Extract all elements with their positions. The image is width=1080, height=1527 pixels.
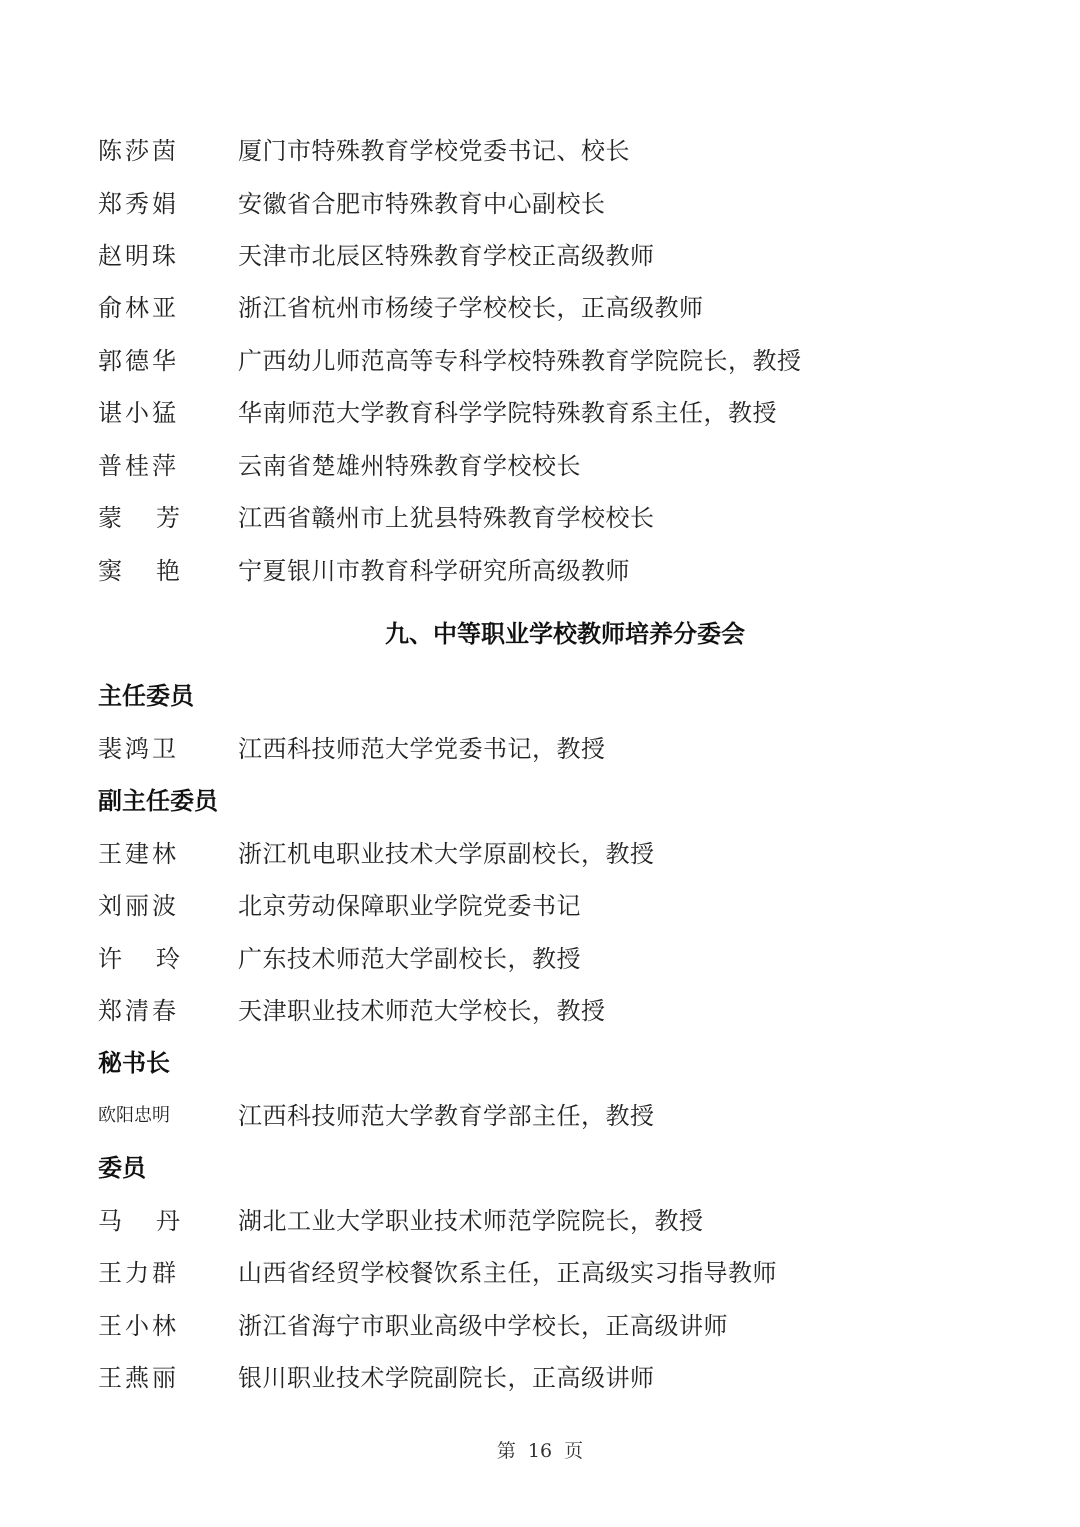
member-row: 王建林 浙江机电职业技术大学原副校长，教授	[98, 834, 655, 874]
member-title: 江西科技师范大学党委书记，教授	[238, 729, 606, 769]
chair-heading: 主任委员	[98, 676, 194, 716]
member-row: 俞林亚 浙江省杭州市杨绫子学校校长，正高级教师	[98, 288, 704, 328]
member-name-char: 芳	[156, 498, 180, 538]
members-heading: 委员	[98, 1148, 146, 1188]
member-name: 王力群	[98, 1253, 238, 1293]
member-name: 郑秀娟	[98, 184, 238, 224]
member-name: 谌小猛	[98, 393, 238, 433]
member-title: 广西幼儿师范高等专科学校特殊教育学院院长，教授	[238, 341, 802, 381]
member-name: 郭德华	[98, 341, 238, 381]
member-title: 北京劳动保障职业学院党委书记	[238, 886, 581, 926]
member-title: 天津市北辰区特殊教育学校正高级教师	[238, 236, 655, 276]
document-page: 陈莎茵 厦门市特殊教育学校党委书记、校长 郑秀娟 安徽省合肥市特殊教育中心副校长…	[0, 0, 1080, 1527]
member-title: 安徽省合肥市特殊教育中心副校长	[238, 184, 606, 224]
member-row: 郑清春 天津职业技术师范大学校长，教授	[98, 991, 606, 1031]
member-name: 窦 艳	[98, 551, 180, 591]
member-name-char: 蒙	[98, 498, 122, 538]
member-name: 欧阳忠明	[98, 1096, 238, 1136]
section-title: 九、中等职业学校教师培养分委会	[0, 614, 1080, 654]
member-name: 蒙 芳	[98, 498, 180, 538]
member-title: 厦门市特殊教育学校党委书记、校长	[238, 131, 630, 171]
member-row: 赵明珠 天津市北辰区特殊教育学校正高级教师	[98, 236, 655, 276]
page-number: 第 16 页	[0, 1436, 1080, 1463]
member-title: 湖北工业大学职业技术师范学院院长，教授	[238, 1201, 704, 1241]
member-name: 俞林亚	[98, 288, 238, 328]
member-name: 王建林	[98, 834, 238, 874]
member-name: 郑清春	[98, 991, 238, 1031]
member-title: 山西省经贸学校餐饮系主任，正高级实习指导教师	[238, 1253, 777, 1293]
member-row: 许 玲 广东技术师范大学副校长，教授	[98, 939, 581, 979]
member-row: 王力群 山西省经贸学校餐饮系主任，正高级实习指导教师	[98, 1253, 777, 1293]
member-title: 广东技术师范大学副校长，教授	[238, 939, 581, 979]
secretary-heading: 秘书长	[98, 1043, 170, 1083]
member-row: 刘丽波 北京劳动保障职业学院党委书记	[98, 886, 581, 926]
member-name: 王小林	[98, 1306, 238, 1346]
member-row: 窦 艳 宁夏银川市教育科学研究所高级教师	[98, 551, 630, 591]
member-row: 马 丹 湖北工业大学职业技术师范学院院长，教授	[98, 1201, 704, 1241]
member-name: 许 玲	[98, 939, 180, 979]
member-row: 欧阳忠明 江西科技师范大学教育学部主任，教授	[98, 1096, 655, 1136]
member-name-char: 丹	[156, 1201, 180, 1241]
vice-chair-heading: 副主任委员	[98, 781, 218, 821]
member-row: 陈莎茵 厦门市特殊教育学校党委书记、校长	[98, 131, 630, 171]
member-title: 浙江省杭州市杨绫子学校校长，正高级教师	[238, 288, 704, 328]
member-row: 蒙 芳 江西省赣州市上犹县特殊教育学校校长	[98, 498, 655, 538]
member-name-char: 窦	[98, 551, 122, 591]
member-name: 王燕丽	[98, 1358, 238, 1398]
member-title: 江西省赣州市上犹县特殊教育学校校长	[238, 498, 655, 538]
member-title: 江西科技师范大学教育学部主任，教授	[238, 1096, 655, 1136]
member-title: 华南师范大学教育科学学院特殊教育系主任，教授	[238, 393, 777, 433]
member-name: 赵明珠	[98, 236, 238, 276]
member-title: 天津职业技术师范大学校长，教授	[238, 991, 606, 1031]
member-row: 普桂萍 云南省楚雄州特殊教育学校校长	[98, 446, 581, 486]
member-title: 宁夏银川市教育科学研究所高级教师	[238, 551, 630, 591]
member-row: 郭德华 广西幼儿师范高等专科学校特殊教育学院院长，教授	[98, 341, 802, 381]
member-name: 普桂萍	[98, 446, 238, 486]
member-name-char: 玲	[156, 939, 180, 979]
member-title: 银川职业技术学院副院长，正高级讲师	[238, 1358, 655, 1398]
member-title: 云南省楚雄州特殊教育学校校长	[238, 446, 581, 486]
member-name: 刘丽波	[98, 886, 238, 926]
member-name-char: 马	[98, 1201, 122, 1241]
member-name-char: 许	[98, 939, 122, 979]
member-name-char: 艳	[156, 551, 180, 591]
member-row: 谌小猛 华南师范大学教育科学学院特殊教育系主任，教授	[98, 393, 777, 433]
member-title: 浙江省海宁市职业高级中学校长，正高级讲师	[238, 1306, 728, 1346]
member-name: 陈莎茵	[98, 131, 238, 171]
member-row: 王燕丽 银川职业技术学院副院长，正高级讲师	[98, 1358, 655, 1398]
member-name: 裴鸿卫	[98, 729, 238, 769]
member-row: 郑秀娟 安徽省合肥市特殊教育中心副校长	[98, 184, 606, 224]
member-title: 浙江机电职业技术大学原副校长，教授	[238, 834, 655, 874]
member-row: 王小林 浙江省海宁市职业高级中学校长，正高级讲师	[98, 1306, 728, 1346]
member-row: 裴鸿卫 江西科技师范大学党委书记，教授	[98, 729, 606, 769]
member-name: 马 丹	[98, 1201, 180, 1241]
